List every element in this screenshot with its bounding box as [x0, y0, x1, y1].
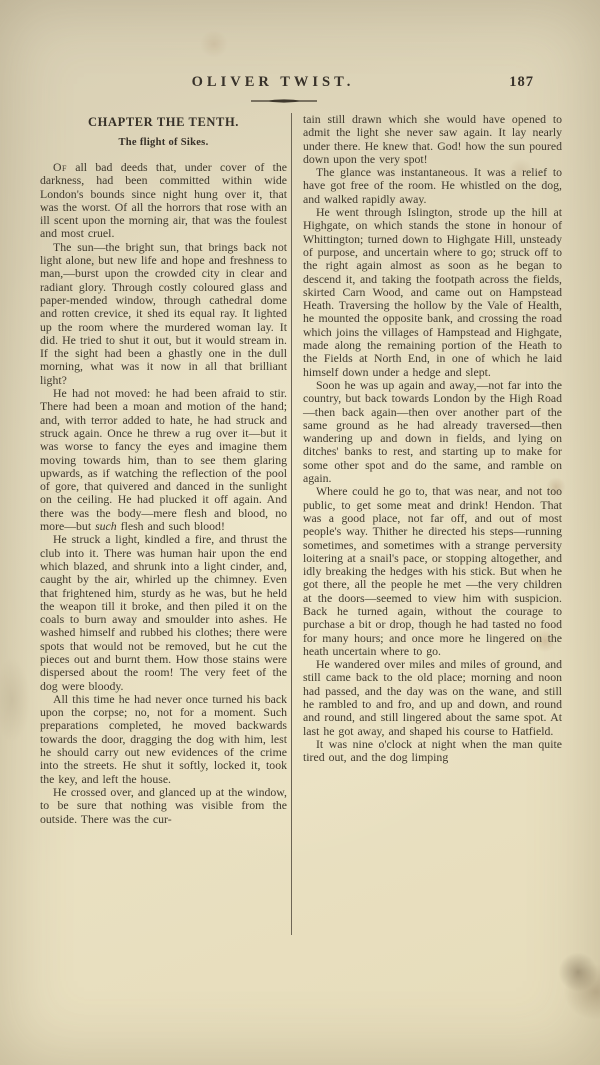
paragraph: Of all bad deeds that, under cover of th…: [40, 161, 287, 241]
book-page: OLIVER TWIST. 187 CHAPTER THE TENTH. The…: [0, 0, 600, 1065]
left-column-text: Of all bad deeds that, under cover of th…: [40, 161, 287, 826]
running-title: OLIVER TWIST.: [40, 74, 506, 91]
column-divider-rule: [291, 113, 292, 935]
paragraph: He had not moved: he had been afraid to …: [40, 387, 287, 533]
paragraph: He wandered over miles and miles of grou…: [303, 658, 562, 738]
chapter-subheading: The flight of Sikes.: [40, 137, 287, 148]
right-column: tain still drawn which she would have op…: [303, 113, 562, 935]
paragraph: He went through Islington, strode up the…: [303, 206, 562, 379]
swelled-rule-icon: [251, 97, 317, 105]
paragraph: All this time he had never once turned h…: [40, 693, 287, 786]
running-header: OLIVER TWIST. 187: [40, 74, 562, 96]
paragraph: He crossed over, and glanced up at the w…: [40, 786, 287, 826]
paragraph: Where could he go to, that was near, and…: [303, 485, 562, 658]
paragraph: He struck a light, kindled a fire, and t…: [40, 533, 287, 693]
paragraph: Soon he was up again and away,—not far i…: [303, 379, 562, 485]
text-columns: CHAPTER THE TENTH. The flight of Sikes. …: [40, 113, 562, 935]
paragraph: It was nine o'clock at night when the ma…: [303, 738, 562, 765]
page-number: 187: [509, 74, 534, 91]
right-column-text: tain still drawn which she would have op…: [303, 113, 562, 765]
left-column: CHAPTER THE TENTH. The flight of Sikes. …: [40, 113, 287, 935]
paragraph: tain still drawn which she would have op…: [303, 113, 562, 166]
paragraph: The sun—the bright sun, that brings back…: [40, 241, 287, 387]
paragraph: The glance was instantaneous. It was a r…: [303, 166, 562, 206]
chapter-heading: CHAPTER THE TENTH.: [40, 115, 287, 130]
